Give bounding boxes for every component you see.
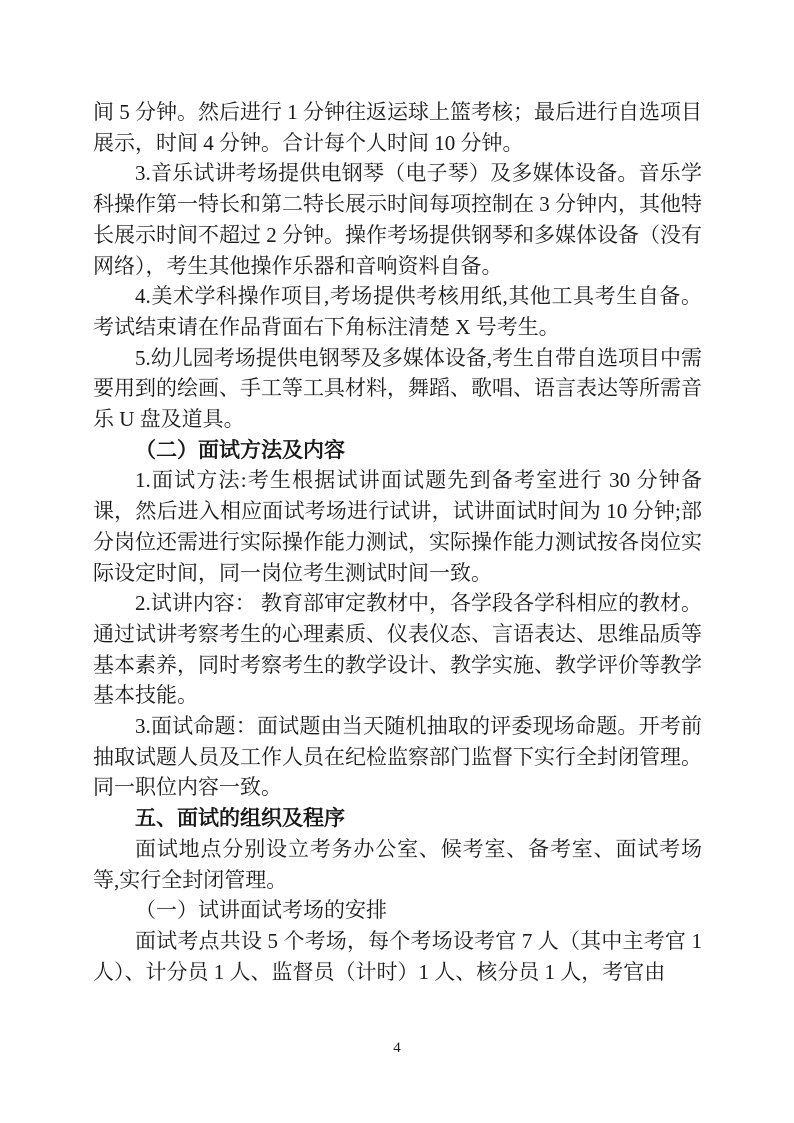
paragraph: 3.面试命题：面试题由当天随机抽取的评委现场命题。开考前抽取试题人员及工作人员在… <box>93 711 702 803</box>
paragraph: 面试地点分别设立考务办公室、候考室、备考室、面试考场等,实行全封闭管理。 <box>93 834 702 895</box>
paragraph: 5.幼儿园考场提供电钢琴及多媒体设备,考生自带自选项目中需要用到的绘画、手工等工… <box>93 343 702 435</box>
paragraph: 间 5 分钟。然后进行 1 分钟往返运球上篮考核；最后进行自选项目展示，时间 4… <box>93 97 702 158</box>
paragraph: 3.音乐试讲考场提供电钢琴（电子琴）及多媒体设备。音乐学科操作第一特长和第二特长… <box>93 158 702 281</box>
paragraph: 面试考点共设 5 个考场，每个考场设考官 7 人（其中主考官 1 人）、计分员 … <box>93 926 702 987</box>
paragraph: 2.试讲内容： 教育部审定教材中，各学段各学科相应的教材。通过试讲考察考生的心理… <box>93 588 702 711</box>
paragraph: 1.面试方法:考生根据试讲面试题先到备考室进行 30 分钟备课，然后进入相应面试… <box>93 465 702 588</box>
document-page: 间 5 分钟。然后进行 1 分钟往返运球上篮考核；最后进行自选项目展示，时间 4… <box>0 0 794 1123</box>
page-number: 4 <box>0 1039 794 1057</box>
section-heading: 五、面试的组织及程序 <box>93 803 702 834</box>
paragraph: 4.美术学科操作项目,考场提供考核用纸,其他工具考生自备。考试结束请在作品背面右… <box>93 281 702 342</box>
paragraph: （一）试讲面试考场的安排 <box>93 895 702 926</box>
section-heading: （二）面试方法及内容 <box>93 435 702 466</box>
document-body: 间 5 分钟。然后进行 1 分钟往返运球上篮考核；最后进行自选项目展示，时间 4… <box>93 97 702 987</box>
